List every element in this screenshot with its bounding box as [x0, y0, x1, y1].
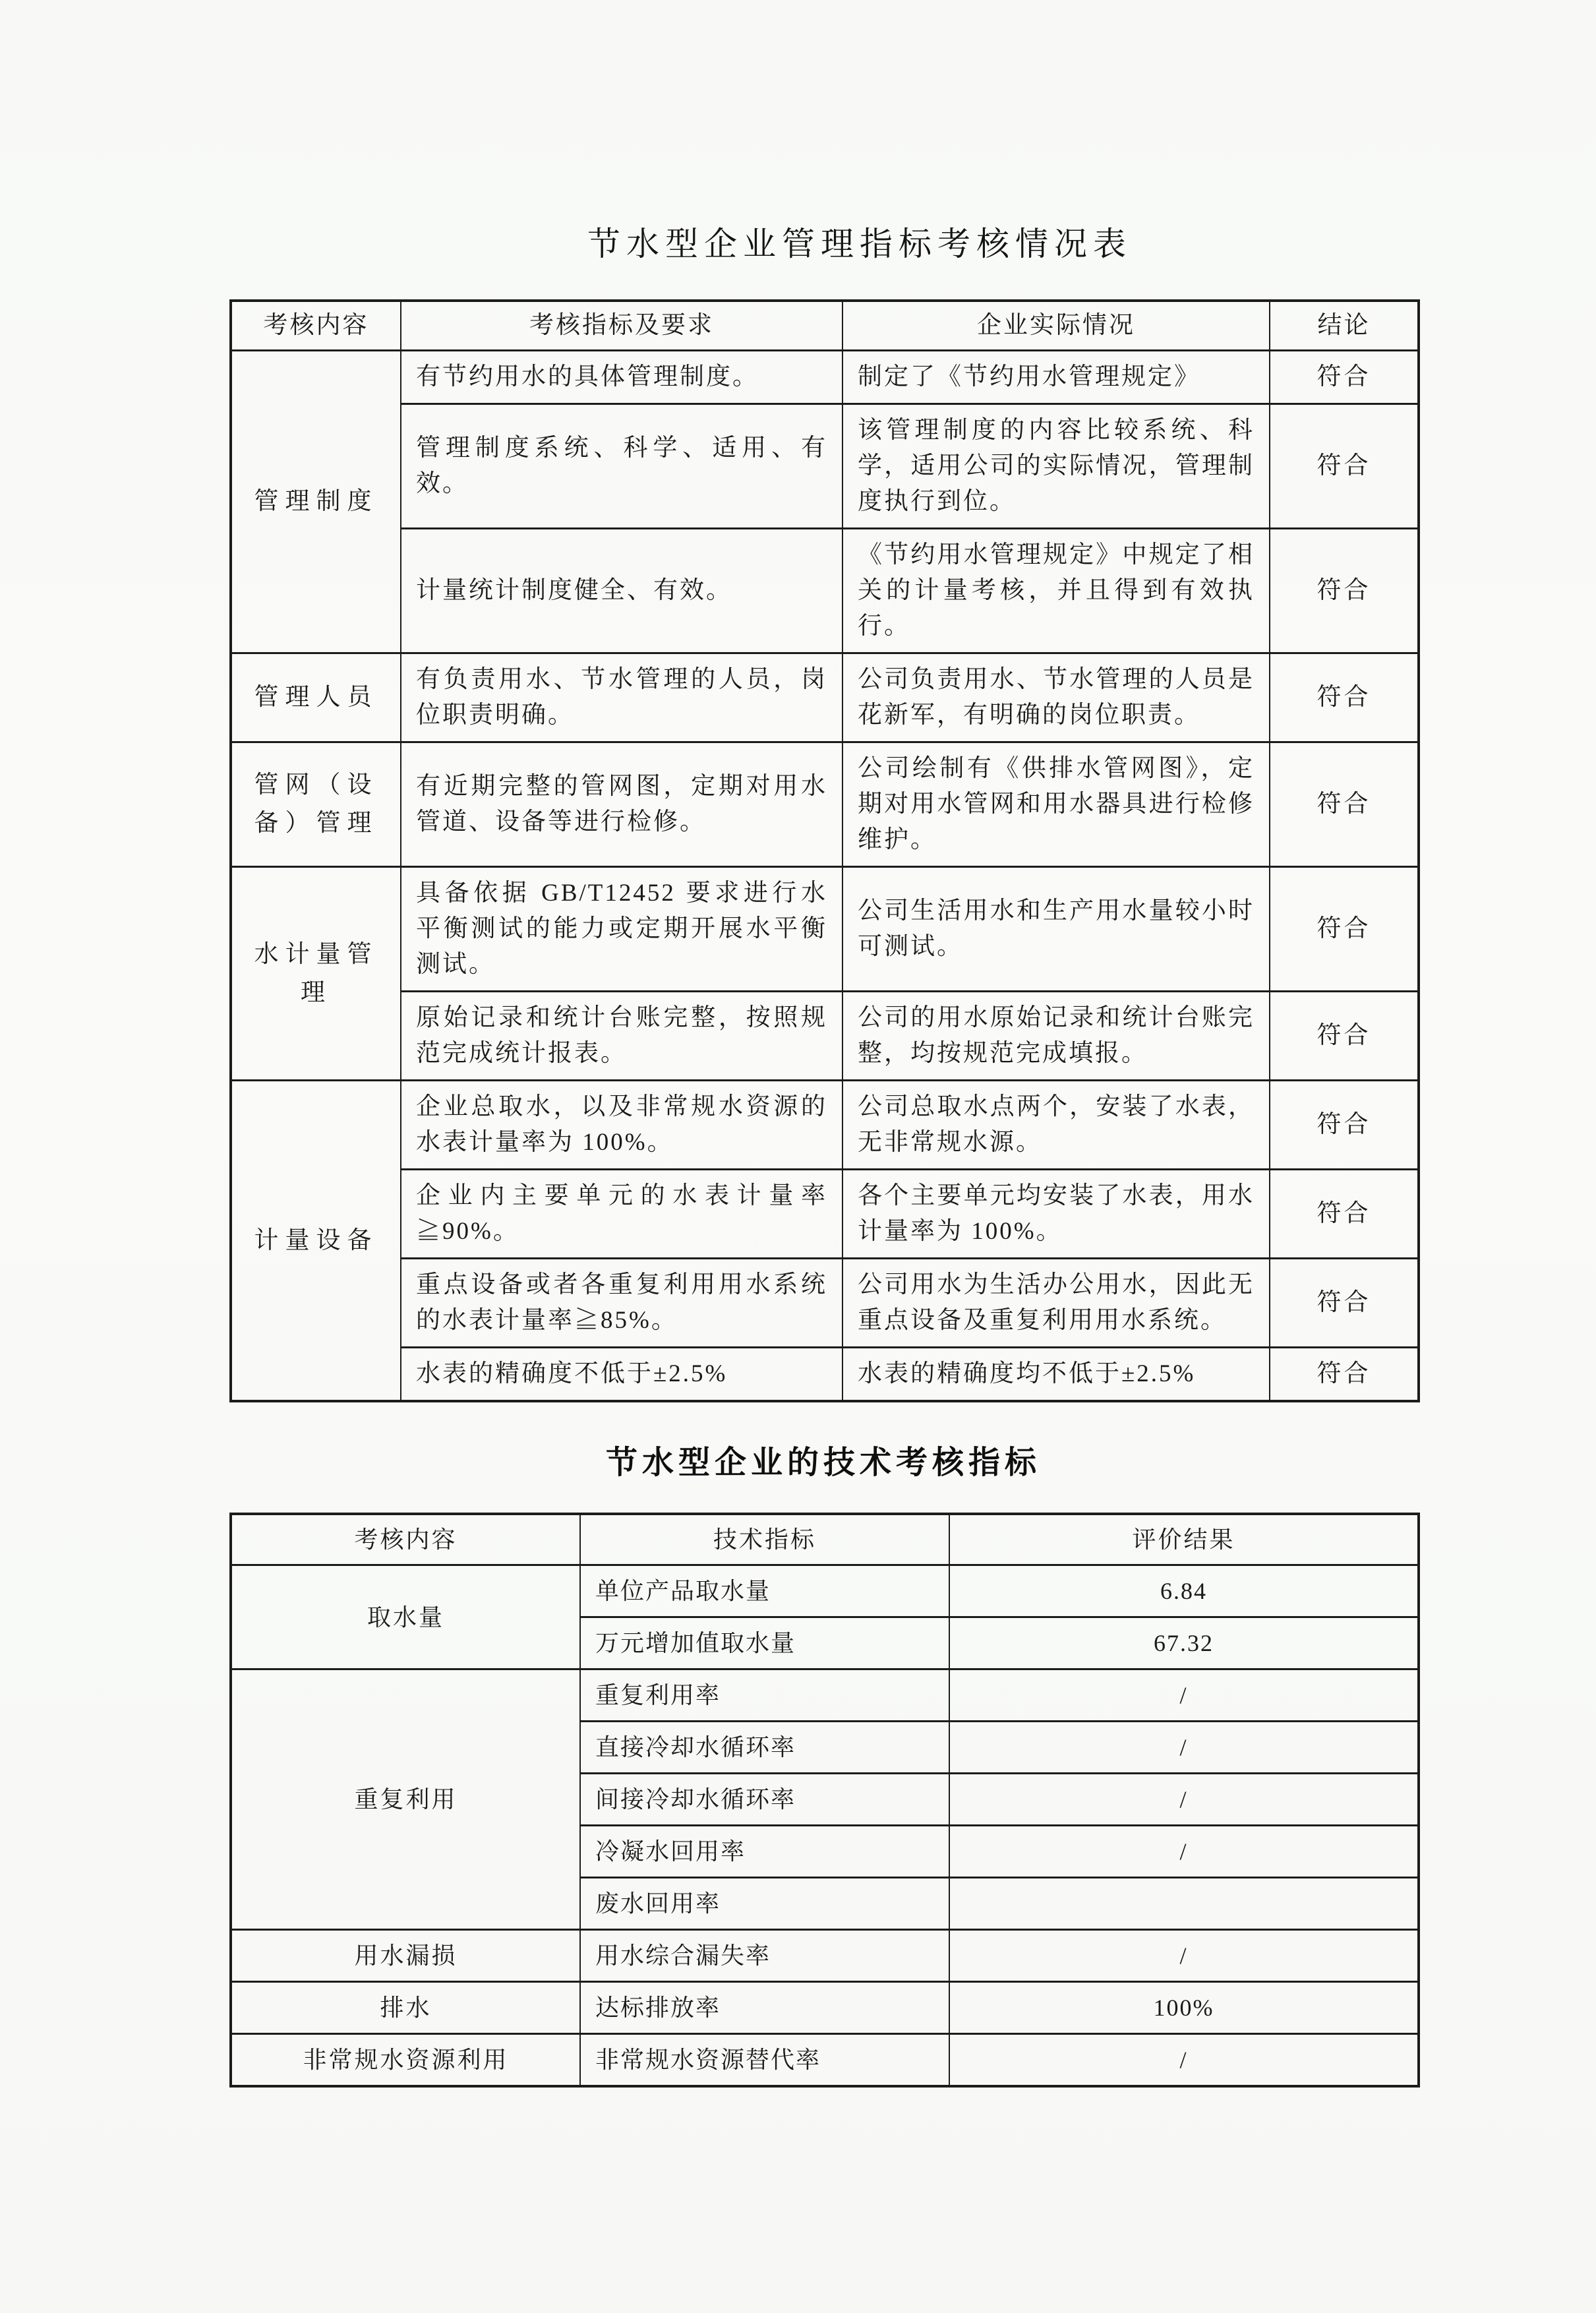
- result-cell: /: [949, 2034, 1419, 2087]
- result-cell: /: [949, 1669, 1419, 1722]
- management-table-title: 节水型企业管理指标考核情况表: [266, 218, 1454, 265]
- group-cell: 水计量管理: [231, 867, 401, 1081]
- result-cell: /: [949, 1930, 1419, 1982]
- header-assessment-content: 考核内容: [231, 1514, 580, 1565]
- actual-situation-cell: 公司总取水点两个，安装了水表，无非常规水源。: [842, 1081, 1270, 1170]
- conclusion-cell: 符合: [1270, 404, 1419, 529]
- table-row: 计量统计制度健全、有效。 《节约用水管理规定》中规定了相关的计量考核，并且得到有…: [231, 529, 1419, 653]
- group-cell: 非常规水资源利用: [231, 2034, 580, 2087]
- indicator-cell: 计量统计制度健全、有效。: [401, 529, 842, 653]
- actual-situation-cell: 制定了《节约用水管理规定》: [842, 351, 1270, 404]
- table-row: 重复利用 重复利用率 /: [231, 1669, 1419, 1722]
- indicator-cell: 有节约用水的具体管理制度。: [401, 351, 842, 404]
- table-row: 管网（设备）管理 有近期完整的管网图，定期对用水管道、设备等进行检修。 公司绘制…: [231, 742, 1419, 867]
- indicator-cell: 有负责用水、节水管理的人员，岗位职责明确。: [401, 653, 842, 742]
- indicator-cell: 重点设备或者各重复利用用水系统的水表计量率≧85%。: [401, 1259, 842, 1348]
- table-row: 计量设备 企业总取水，以及非常规水资源的水表计量率为 100%。 公司总取水点两…: [231, 1081, 1419, 1170]
- group-cell: 管网（设备）管理: [231, 742, 401, 867]
- scanned-document-page: 节水型企业管理指标考核情况表 考核内容 考核指标及要求 企业实际情况 结论 管理…: [0, 0, 1596, 2313]
- header-technical-indicator: 技术指标: [580, 1514, 949, 1565]
- table-row: 用水漏损 用水综合漏失率 /: [231, 1930, 1419, 1982]
- result-cell: 100%: [949, 1982, 1419, 2034]
- table-row: 管理人员 有负责用水、节水管理的人员，岗位职责明确。 公司负责用水、节水管理的人…: [231, 653, 1419, 742]
- table-row: 取水量 单位产品取水量 6.84: [231, 1565, 1419, 1617]
- table-row: 原始记录和统计台账完整，按照规范完成统计报表。 公司的用水原始记录和统计台账完整…: [231, 992, 1419, 1081]
- indicator-cell: 有近期完整的管网图，定期对用水管道、设备等进行检修。: [401, 742, 842, 867]
- indicator-cell: 企业总取水，以及非常规水资源的水表计量率为 100%。: [401, 1081, 842, 1170]
- group-cell: 管理制度: [231, 351, 401, 653]
- actual-situation-cell: 公司负责用水、节水管理的人员是花新军，有明确的岗位职责。: [842, 653, 1270, 742]
- tech-indicator-cell: 冷凝水回用率: [580, 1826, 949, 1878]
- header-assessment-content: 考核内容: [231, 301, 401, 351]
- conclusion-cell: 符合: [1270, 867, 1419, 992]
- tech-indicator-cell: 间接冷却水循环率: [580, 1774, 949, 1826]
- actual-situation-cell: 《节约用水管理规定》中规定了相关的计量考核，并且得到有效执行。: [842, 529, 1270, 653]
- table-row: 管理制度系统、科学、适用、有效。 该管理制度的内容比较系统、科学，适用公司的实际…: [231, 404, 1419, 529]
- result-cell: /: [949, 1722, 1419, 1774]
- actual-situation-cell: 水表的精确度均不低于±2.5%: [842, 1348, 1270, 1402]
- tech-indicator-cell: 直接冷却水循环率: [580, 1722, 949, 1774]
- conclusion-cell: 符合: [1270, 653, 1419, 742]
- tech-indicator-cell: 用水综合漏失率: [580, 1930, 949, 1982]
- conclusion-cell: 符合: [1270, 1259, 1419, 1348]
- actual-situation-cell: 该管理制度的内容比较系统、科学，适用公司的实际情况，管理制度执行到位。: [842, 404, 1270, 529]
- conclusion-cell: 符合: [1270, 742, 1419, 867]
- header-evaluation-result: 评价结果: [949, 1514, 1419, 1565]
- tech-indicator-cell: 万元增加值取水量: [580, 1617, 949, 1669]
- group-cell: 重复利用: [231, 1669, 580, 1930]
- table-header-row: 考核内容 技术指标 评价结果: [231, 1514, 1419, 1565]
- header-conclusion: 结论: [1270, 301, 1419, 351]
- header-indicator-requirement: 考核指标及要求: [401, 301, 842, 351]
- actual-situation-cell: 各个主要单元均安装了水表，用水计量率为 100%。: [842, 1170, 1270, 1259]
- table-header-row: 考核内容 考核指标及要求 企业实际情况 结论: [231, 301, 1419, 351]
- header-actual-situation: 企业实际情况: [842, 301, 1270, 351]
- tech-indicator-cell: 重复利用率: [580, 1669, 949, 1722]
- table-row: 非常规水资源利用 非常规水资源替代率 /: [231, 2034, 1419, 2087]
- table-row: 水表的精确度不低于±2.5% 水表的精确度均不低于±2.5% 符合: [231, 1348, 1419, 1402]
- result-cell: /: [949, 1826, 1419, 1878]
- table-row: 重点设备或者各重复利用用水系统的水表计量率≧85%。 公司用水为生活办公用水，因…: [231, 1259, 1419, 1348]
- conclusion-cell: 符合: [1270, 351, 1419, 404]
- table-row: 管理制度 有节约用水的具体管理制度。 制定了《节约用水管理规定》 符合: [231, 351, 1419, 404]
- indicator-cell: 企业内主要单元的水表计量率≧90%。: [401, 1170, 842, 1259]
- actual-situation-cell: 公司用水为生活办公用水，因此无重点设备及重复利用用水系统。: [842, 1259, 1270, 1348]
- actual-situation-cell: 公司生活用水和生产用水量较小时可测试。: [842, 867, 1270, 992]
- group-cell: 取水量: [231, 1565, 580, 1669]
- result-cell: 6.84: [949, 1565, 1419, 1617]
- actual-situation-cell: 公司的用水原始记录和统计台账完整，均按规范完成填报。: [842, 992, 1270, 1081]
- technical-table-title: 节水型企业的技术考核指标: [229, 1437, 1417, 1482]
- conclusion-cell: 符合: [1270, 1081, 1419, 1170]
- group-cell: 排水: [231, 1982, 580, 2034]
- result-cell: /: [949, 1774, 1419, 1826]
- tech-indicator-cell: 达标排放率: [580, 1982, 949, 2034]
- tech-indicator-cell: 非常规水资源替代率: [580, 2034, 949, 2087]
- conclusion-cell: 符合: [1270, 992, 1419, 1081]
- indicator-cell: 管理制度系统、科学、适用、有效。: [401, 404, 842, 529]
- tech-indicator-cell: 废水回用率: [580, 1878, 949, 1930]
- indicator-cell: 具备依据 GB/T12452 要求进行水平衡测试的能力或定期开展水平衡测试。: [401, 867, 842, 992]
- conclusion-cell: 符合: [1270, 1170, 1419, 1259]
- table-row: 企业内主要单元的水表计量率≧90%。 各个主要单元均安装了水表，用水计量率为 1…: [231, 1170, 1419, 1259]
- conclusion-cell: 符合: [1270, 1348, 1419, 1402]
- group-cell: 管理人员: [231, 653, 401, 742]
- conclusion-cell: 符合: [1270, 529, 1419, 653]
- group-cell: 计量设备: [231, 1081, 401, 1402]
- indicator-cell: 原始记录和统计台账完整，按照规范完成统计报表。: [401, 992, 842, 1081]
- actual-situation-cell: 公司绘制有《供排水管网图》，定期对用水管网和用水器具进行检修维护。: [842, 742, 1270, 867]
- tech-indicator-cell: 单位产品取水量: [580, 1565, 949, 1617]
- technical-indicators-table: 考核内容 技术指标 评价结果 取水量 单位产品取水量 6.84 万元增加值取水量…: [229, 1513, 1420, 2088]
- group-cell: 用水漏损: [231, 1930, 580, 1982]
- document-content: 节水型企业管理指标考核情况表 考核内容 考核指标及要求 企业实际情况 结论 管理…: [229, 218, 1417, 2088]
- indicator-cell: 水表的精确度不低于±2.5%: [401, 1348, 842, 1402]
- result-cell: [949, 1878, 1419, 1930]
- table-row: 排水 达标排放率 100%: [231, 1982, 1419, 2034]
- management-assessment-table: 考核内容 考核指标及要求 企业实际情况 结论 管理制度 有节约用水的具体管理制度…: [229, 299, 1420, 1402]
- result-cell: 67.32: [949, 1617, 1419, 1669]
- table-row: 水计量管理 具备依据 GB/T12452 要求进行水平衡测试的能力或定期开展水平…: [231, 867, 1419, 992]
